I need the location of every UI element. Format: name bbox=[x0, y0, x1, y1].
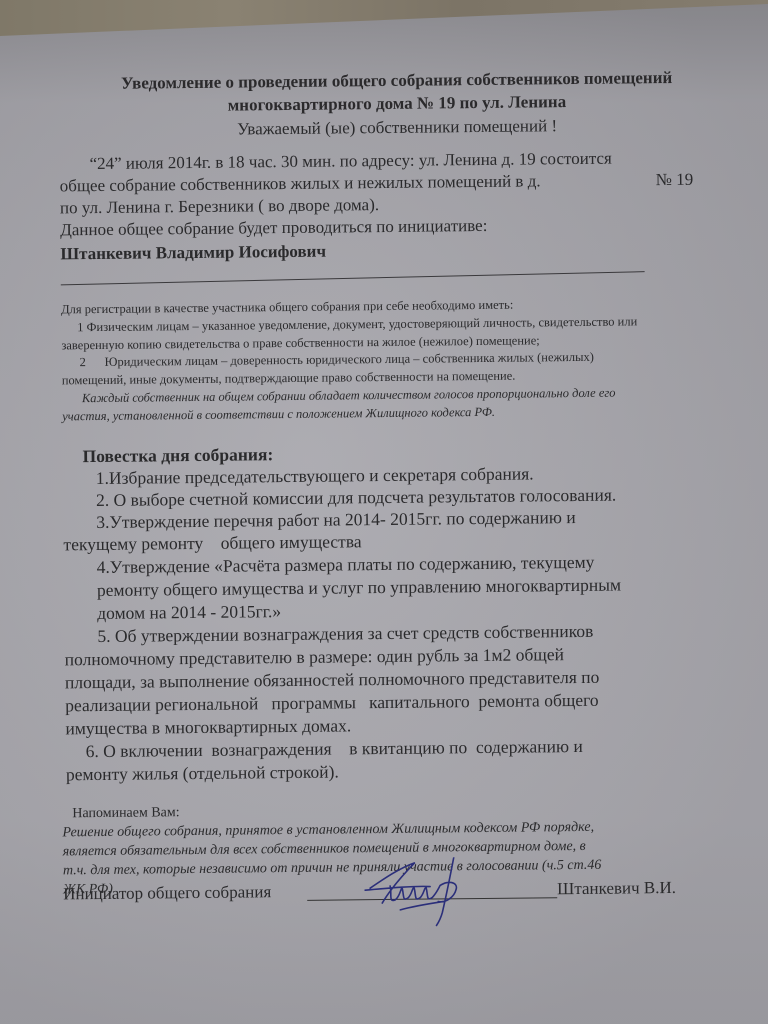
agenda-line: ремонту общего имущества и услуг по упра… bbox=[97, 574, 621, 601]
divider-line bbox=[61, 271, 645, 285]
notice-document: Уведомление о проведении общего собрания… bbox=[0, 0, 768, 1024]
meeting-info-house-number: № 19 bbox=[656, 169, 694, 191]
agenda-line: имущества в многоквартирных домах. bbox=[65, 714, 351, 739]
initiator-name: Штанкевич Владимир Иосифович bbox=[60, 237, 710, 266]
agenda-line: 3.Утверждение перечня работ на 2014- 201… bbox=[96, 506, 576, 533]
agenda-line: текущему ремонту общего имущества bbox=[63, 530, 361, 555]
agenda-line: домом на 2014 - 2015гг.» bbox=[97, 600, 281, 624]
meeting-info-line2-left: общее собрание собственников жилых и неж… bbox=[60, 171, 541, 195]
greeting: Уважаемый (ые) собственники помещений ! bbox=[57, 113, 737, 142]
agenda-heading: Повестка дня собрания: bbox=[82, 443, 273, 467]
handwritten-signature bbox=[360, 857, 501, 928]
agenda-line: ремонту жилья (отдельной строкой). bbox=[66, 760, 339, 785]
agenda-line: 6. О включении вознаграждения в квитанци… bbox=[86, 735, 583, 762]
agenda-line: реализации региональной программы капита… bbox=[65, 689, 599, 717]
